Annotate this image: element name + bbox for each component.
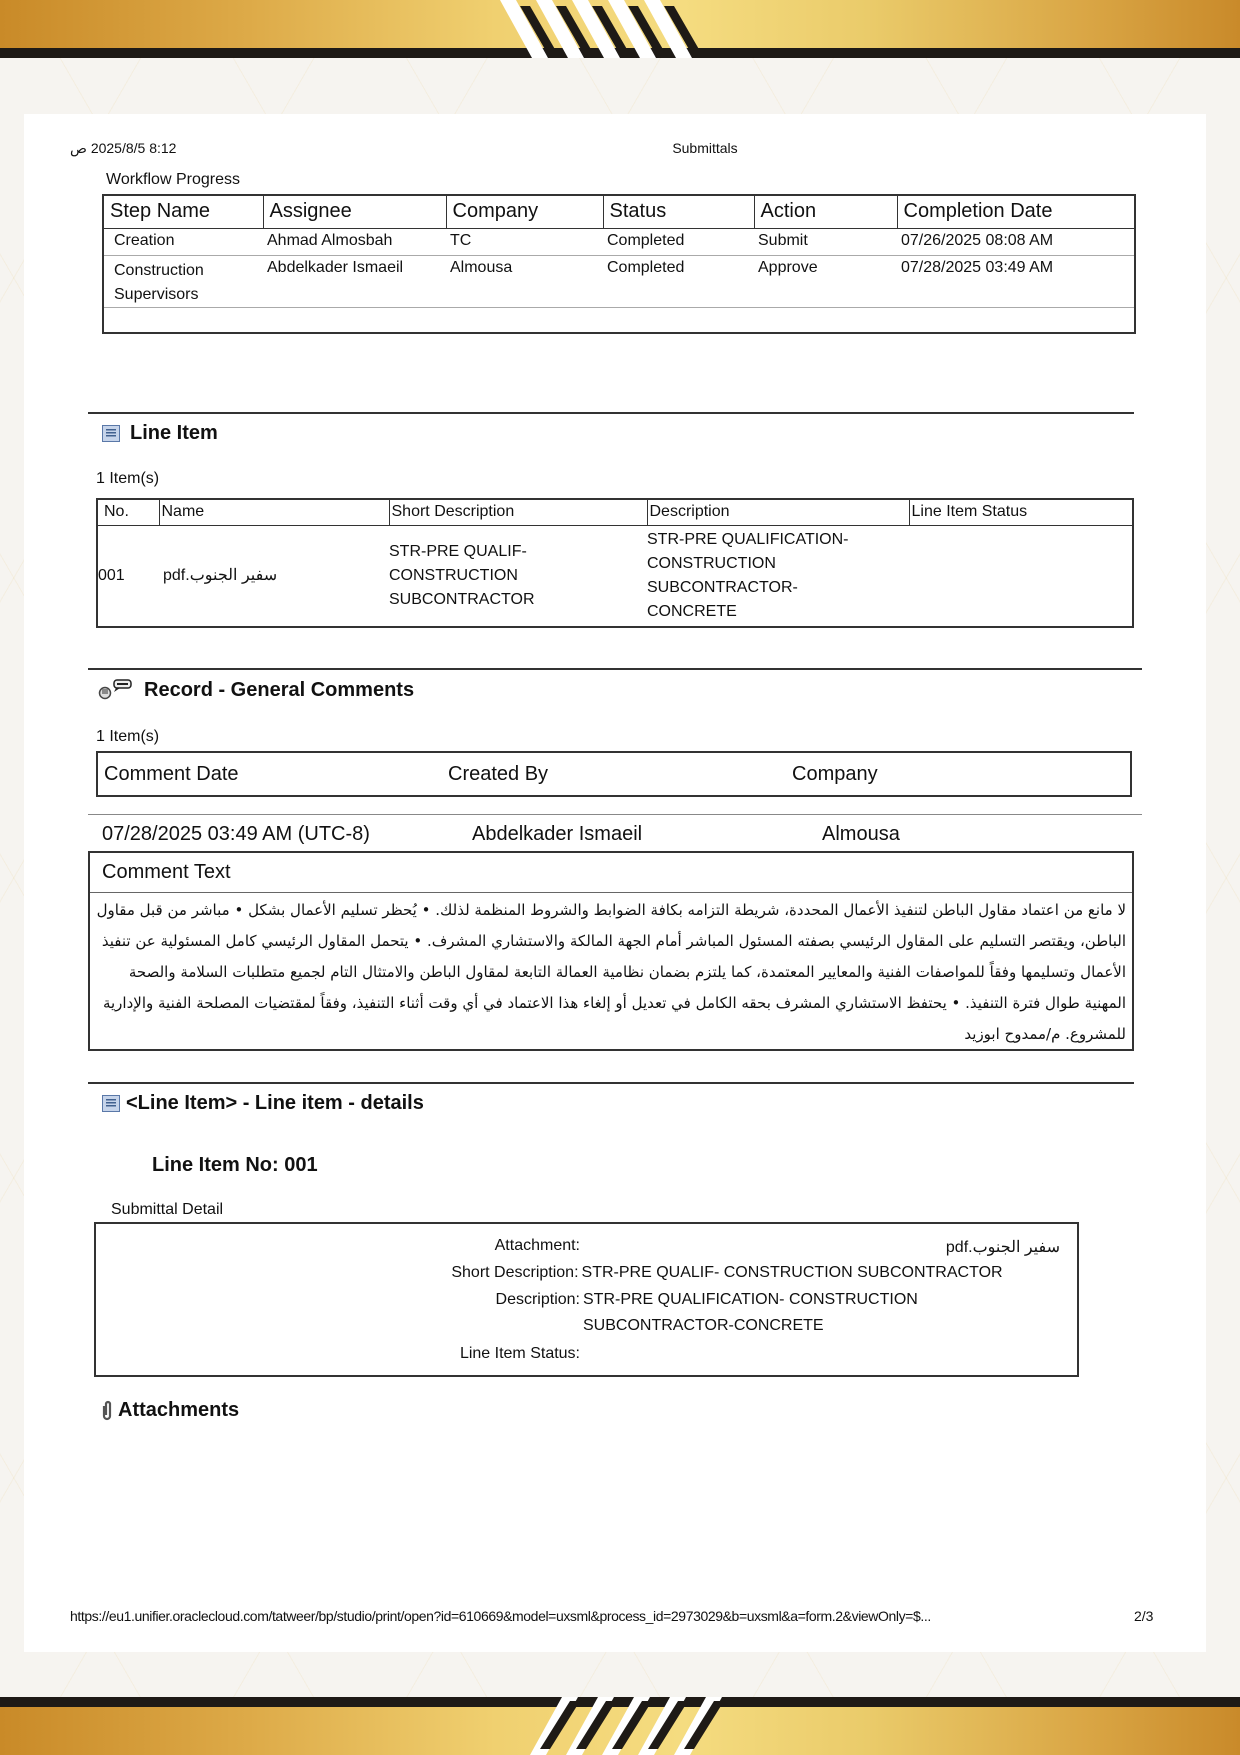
field-label: Short Description:: [96, 1264, 579, 1282]
comments-table-header: Comment Date Created By Company: [96, 751, 1132, 797]
stripes-icon: [490, 0, 750, 58]
column-header: Status: [603, 195, 754, 228]
line-item-section-title: Line Item: [102, 422, 218, 445]
cell-short-description: STR-PRE QUALIF- CONSTRUCTION SUBCONTRACT…: [389, 525, 647, 627]
section-divider: [88, 412, 1134, 414]
table-row-empty: [103, 307, 1135, 333]
column-header: Step Name: [103, 195, 263, 228]
top-decorative-band: [0, 0, 1240, 58]
bottom-decorative-band: [0, 1697, 1240, 1755]
table-header-row: No. Name Short Description Description L…: [97, 499, 1133, 525]
comments-count: 1 Item(s): [96, 728, 159, 746]
comment-created-by: Abdelkader Ismaeil: [472, 823, 642, 846]
workflow-table: Step Name Assignee Company Status Action…: [102, 194, 1136, 334]
print-url: https://eu1.unifier.oraclecloud.com/tatw…: [70, 1608, 931, 1624]
comment-date: 07/28/2025 03:49 AM (UTC-8): [102, 823, 370, 846]
comment-company: Almousa: [822, 823, 900, 846]
stripes-icon: [500, 1697, 760, 1755]
cell-no: 001: [97, 525, 159, 627]
detail-row-attachment: Attachment: سفير الجنوب.pdf: [96, 1237, 1077, 1257]
cell-name[interactable]: سفير الجنوب.pdf: [159, 525, 389, 627]
line-item-table: No. Name Short Description Description L…: [96, 498, 1134, 628]
attachments-section-title: Attachments: [100, 1399, 239, 1422]
list-icon: [102, 425, 120, 442]
cell-company: Almousa: [446, 255, 603, 307]
comment-text: لا مانع من اعتماد مقاول الباطن لتنفيذ ال…: [90, 893, 1132, 1050]
field-value: STR-PRE QUALIF- CONSTRUCTION SUBCONTRACT…: [579, 1264, 1077, 1282]
table-row: 001 سفير الجنوب.pdf STR-PRE QUALIF- CONS…: [97, 525, 1133, 627]
column-header: Created By: [448, 763, 548, 786]
workflow-progress-label: Workflow Progress: [106, 171, 240, 189]
cell-status: Completed: [603, 228, 754, 255]
comment-row: 07/28/2025 03:49 AM (UTC-8) Abdelkader I…: [88, 814, 1142, 850]
document-title: Submittals: [24, 140, 1240, 156]
cell-description: STR-PRE QUALIFICATION- CONSTRUCTION SUBC…: [647, 525, 909, 627]
comment-icon: [96, 678, 134, 702]
cell-date: 07/26/2025 08:08 AM: [897, 228, 1135, 255]
cell-date: 07/28/2025 03:49 AM: [897, 255, 1135, 307]
column-header: Company: [792, 763, 878, 786]
paperclip-icon: [100, 1400, 114, 1422]
field-label: Line Item Status:: [96, 1345, 580, 1363]
table-row: Construction Supervisors Abdelkader Isma…: [103, 255, 1135, 307]
column-header: Short Description: [389, 499, 647, 525]
field-label: Description:: [96, 1291, 580, 1339]
detail-row-description: Description: STR-PRE QUALIFICATION- CONS…: [96, 1291, 1077, 1339]
column-header: Company: [446, 195, 603, 228]
cell-action: Submit: [754, 228, 897, 255]
column-header: Comment Date: [104, 763, 239, 786]
detail-row-status: Line Item Status:: [96, 1345, 1077, 1363]
cell-action: Approve: [754, 255, 897, 307]
column-header: Completion Date: [897, 195, 1135, 228]
section-divider: [88, 668, 1142, 670]
comment-text-box: Comment Text لا مانع من اعتماد مقاول الب…: [88, 851, 1134, 1051]
field-label: Attachment:: [96, 1237, 580, 1257]
column-header: Action: [754, 195, 897, 228]
document-page: 8:12 2025/8/5 ص Submittals Workflow Prog…: [24, 114, 1206, 1652]
cell-status: [909, 525, 1133, 627]
field-value: [580, 1345, 1060, 1363]
section-title-text: Record - General Comments: [144, 679, 414, 702]
step-name-text: Construction Supervisors: [114, 262, 204, 303]
column-header: Assignee: [263, 195, 446, 228]
column-header: No.: [97, 499, 159, 525]
section-title-text: <Line Item> - Line item - details: [126, 1092, 424, 1115]
line-item-count: 1 Item(s): [96, 470, 159, 488]
section-divider: [88, 1082, 1134, 1084]
cell-status: Completed: [603, 255, 754, 307]
cell-step: Creation: [103, 228, 263, 255]
line-item-number: Line Item No: 001: [152, 1154, 318, 1177]
section-title-text: Line Item: [130, 422, 218, 445]
cell-step: Construction Supervisors: [103, 255, 263, 307]
column-header: Line Item Status: [909, 499, 1133, 525]
section-title-text: Attachments: [118, 1399, 239, 1422]
column-header: Name: [159, 499, 389, 525]
file-link[interactable]: سفير الجنوب.pdf: [163, 567, 277, 584]
table-header-row: Step Name Assignee Company Status Action…: [103, 195, 1135, 228]
submittal-detail-box: Attachment: سفير الجنوب.pdf Short Descri…: [94, 1222, 1079, 1377]
comments-section-title: Record - General Comments: [96, 678, 414, 702]
page-number: 2/3: [1134, 1608, 1153, 1624]
details-section-title: <Line Item> - Line item - details: [102, 1092, 424, 1115]
column-header: Description: [647, 499, 909, 525]
table-row: Creation Ahmad Almosbah TC Completed Sub…: [103, 228, 1135, 255]
comment-text-label: Comment Text: [90, 853, 1132, 893]
cell-assignee: Abdelkader Ismaeil: [263, 255, 446, 307]
submittal-detail-label: Submittal Detail: [111, 1201, 223, 1219]
list-icon: [102, 1095, 120, 1112]
detail-row-short-description: Short Description: STR-PRE QUALIF- CONST…: [96, 1264, 1077, 1282]
cell-assignee: Ahmad Almosbah: [263, 228, 446, 255]
cell-company: TC: [446, 228, 603, 255]
field-value: STR-PRE QUALIFICATION- CONSTRUCTION SUBC…: [580, 1287, 980, 1339]
attachment-link[interactable]: سفير الجنوب.pdf: [580, 1237, 1060, 1257]
